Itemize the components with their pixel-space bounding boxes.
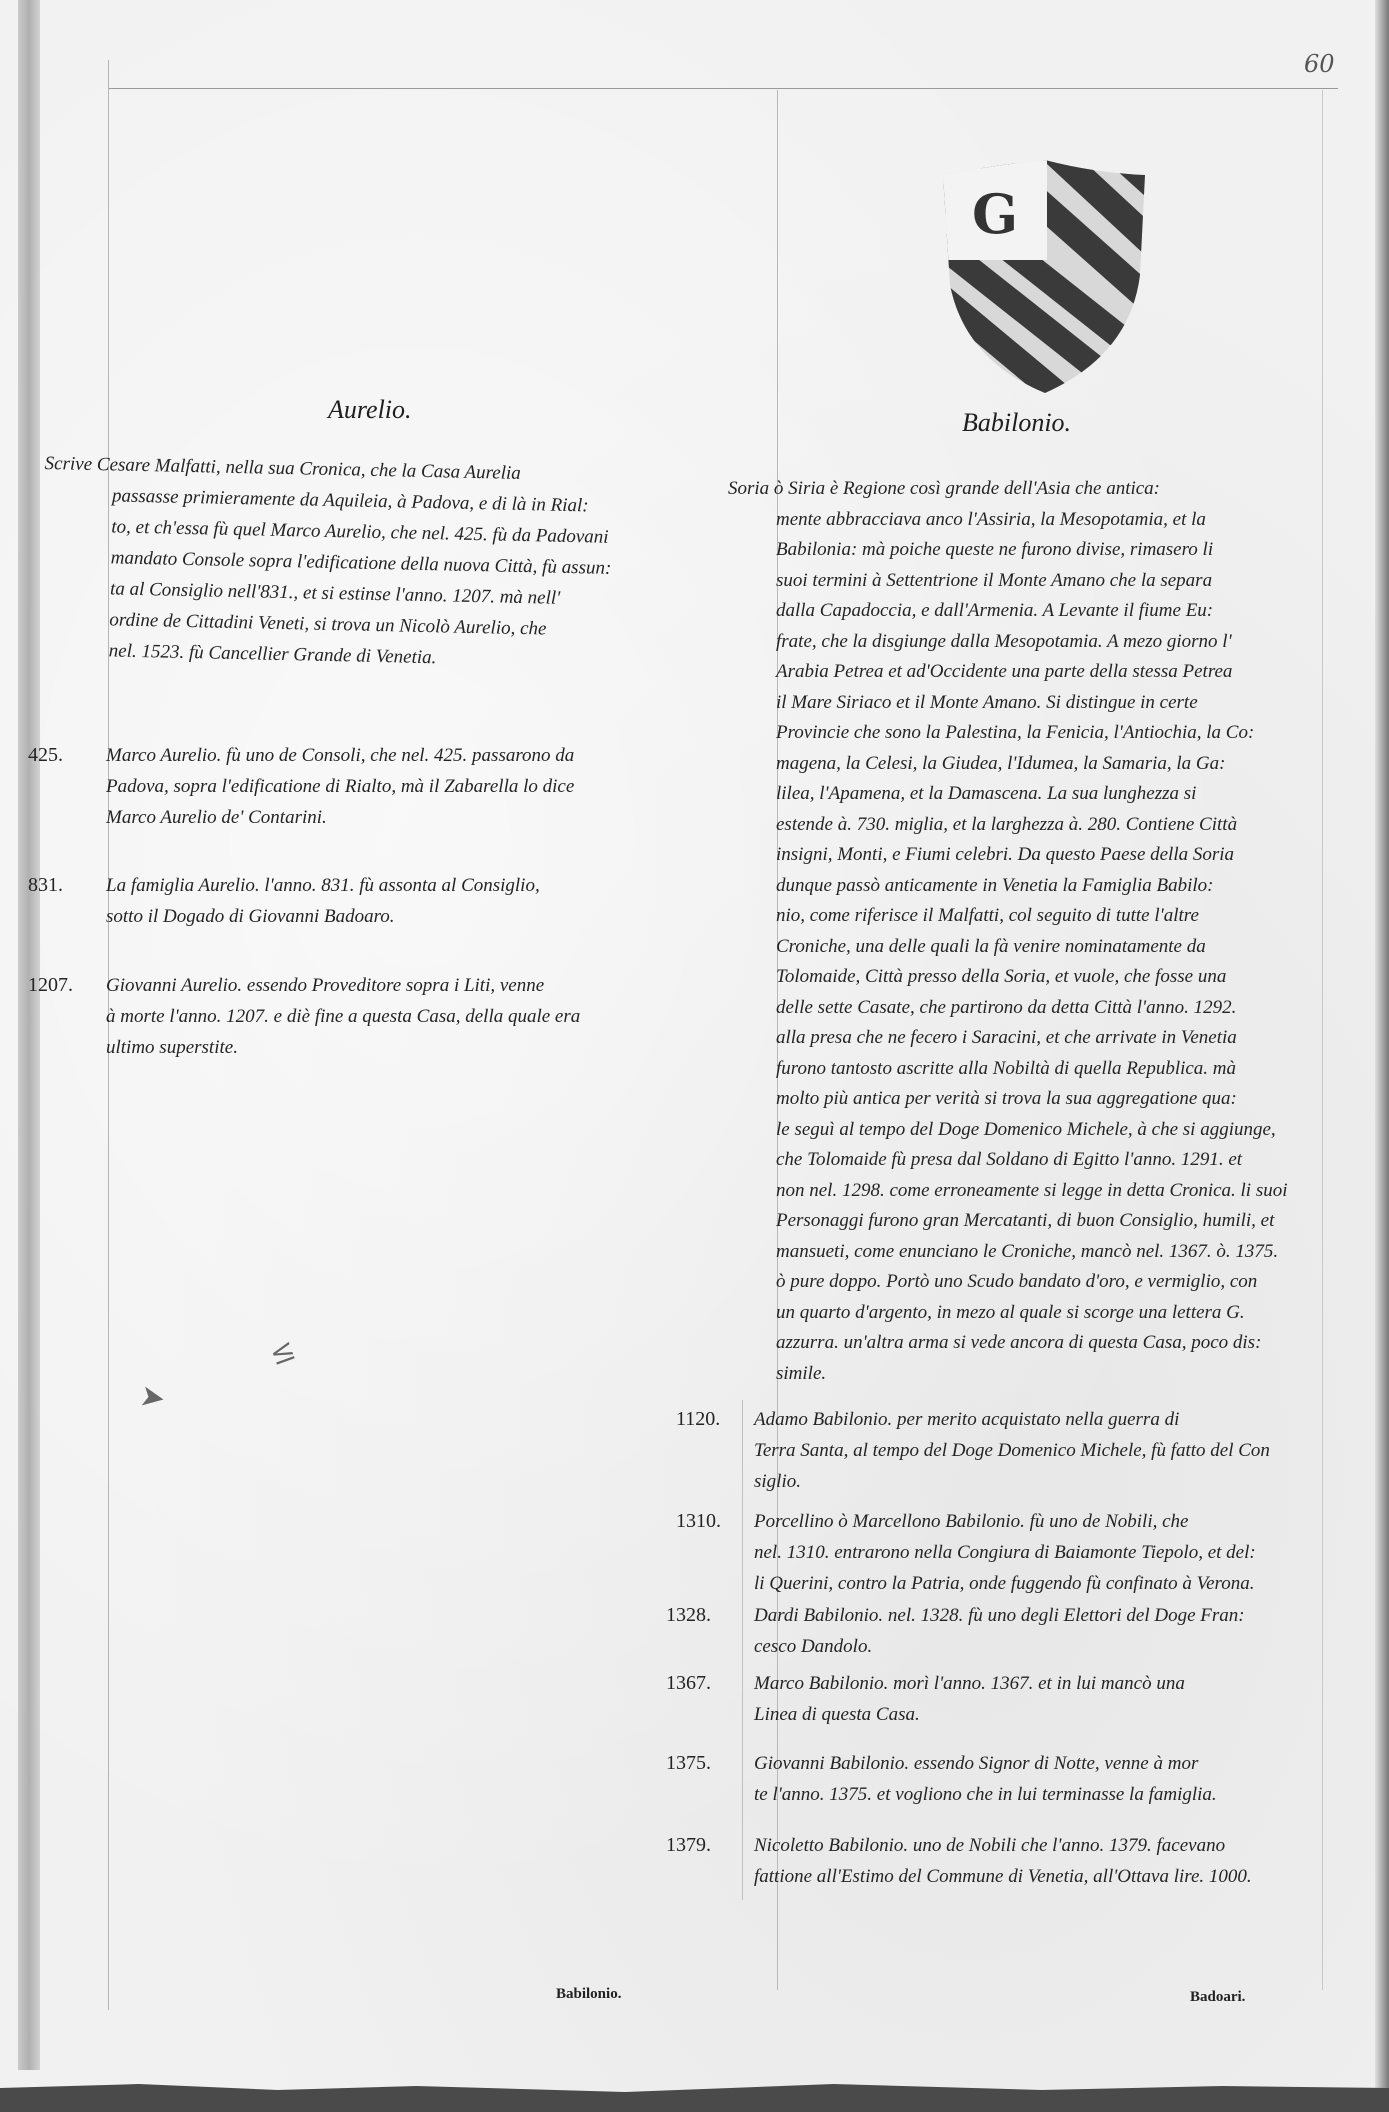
text-line: mansueti, come enunciano le Croniche, ma… bbox=[728, 1237, 1323, 1268]
text-line: Padova, sopra l'edificatione di Rialto, … bbox=[106, 771, 678, 802]
text-line: delle sette Casate, che partirono da det… bbox=[728, 993, 1323, 1024]
text-line: Marco Babilonio. morì l'anno. 1367. et i… bbox=[754, 1668, 1326, 1699]
heading-babilonio: Babilonio. bbox=[962, 408, 1071, 438]
svg-text:G: G bbox=[972, 182, 1018, 246]
entry-year: 1328. bbox=[666, 1600, 736, 1631]
text-line: à morte l'anno. 1207. e diè fine a quest… bbox=[106, 1001, 678, 1032]
text-line: simile. bbox=[728, 1359, 1323, 1390]
text-line: le seguì al tempo del Doge Domenico Mich… bbox=[728, 1115, 1323, 1146]
text-line: te l'anno. 1375. et vogliono che in lui … bbox=[754, 1779, 1326, 1810]
text-line: nel. 1310. entrarono nella Congiura di B… bbox=[754, 1537, 1326, 1568]
text-line: Terra Santa, al tempo del Doge Domenico … bbox=[754, 1435, 1326, 1466]
entry-year: 831. bbox=[28, 870, 98, 901]
text-line: cesco Dandolo. bbox=[754, 1631, 1326, 1662]
text-line: che Tolomaide fù presa dal Soldano di Eg… bbox=[728, 1145, 1323, 1176]
entry-year: 1367. bbox=[666, 1668, 736, 1699]
text-line: Dardi Babilonio. nel. 1328. fù uno degli… bbox=[754, 1600, 1326, 1631]
text-line: dalla Capadoccia, e dall'Armenia. A Leva… bbox=[728, 596, 1323, 627]
babilonio-entry-1328: 1328. Dardi Babilonio. nel. 1328. fù uno… bbox=[666, 1600, 1326, 1662]
text-line: sotto il Dogado di Giovanni Badoaro. bbox=[106, 901, 678, 932]
aurelio-intro-paragraph: Scrive Cesare Malfatti, nella sua Cronic… bbox=[40, 448, 684, 678]
text-line: non nel. 1298. come erroneamente si legg… bbox=[728, 1176, 1323, 1207]
entry-year: 1120. bbox=[676, 1404, 746, 1435]
text-line: insigni, Monti, e Fiumi celebri. Da ques… bbox=[728, 840, 1323, 871]
text-line: Linea di questa Casa. bbox=[754, 1699, 1326, 1730]
text-line: molto più antica per verità si trova la … bbox=[728, 1084, 1323, 1115]
text-line: Giovanni Aurelio. essendo Proveditore so… bbox=[106, 970, 678, 1001]
text-line: Nicoletto Babilonio. uno de Nobili che l… bbox=[754, 1830, 1326, 1861]
text-line: furono tantosto ascritte alla Nobiltà di… bbox=[728, 1054, 1323, 1085]
torn-bottom-edge bbox=[0, 2072, 1389, 2112]
text-line: un quarto d'argento, in mezo al quale si… bbox=[728, 1298, 1323, 1329]
babilonio-entry-1310: 1310. Porcellino ò Marcellono Babilonio.… bbox=[676, 1506, 1326, 1599]
entry-year: 1379. bbox=[666, 1830, 736, 1861]
text-line: azzurra. un'altra arma si vede ancora di… bbox=[728, 1328, 1323, 1359]
text-line: magena, la Celesi, la Giudea, l'Idumea, … bbox=[728, 749, 1323, 780]
heading-aurelio: Aurelio. bbox=[328, 395, 412, 425]
text-line: alla presa che ne fecero i Saracini, et … bbox=[728, 1023, 1323, 1054]
text-line: il Mare Siriaco et il Monte Amano. Si di… bbox=[728, 688, 1323, 719]
babilonio-entry-1375: 1375. Giovanni Babilonio. essendo Signor… bbox=[666, 1748, 1326, 1810]
text-line: Babilonia: mà poiche queste ne furono di… bbox=[728, 535, 1323, 566]
text-line: dunque passò anticamente in Venetia la F… bbox=[728, 871, 1323, 902]
text-line: li Querini, contro la Patria, onde fugge… bbox=[754, 1568, 1326, 1599]
text-line: nio, come riferisce il Malfatti, col seg… bbox=[728, 901, 1323, 932]
entry-year: 425. bbox=[28, 740, 98, 771]
text-line: lilea, l'Apamena, et la Damascena. La su… bbox=[728, 779, 1323, 810]
text-line: ultimo superstite. bbox=[106, 1032, 678, 1063]
text-line: Adamo Babilonio. per merito acquistato n… bbox=[754, 1404, 1326, 1435]
ink-arrow-mark: ➤ bbox=[137, 1378, 168, 1417]
aurelio-entry-425: 425. Marco Aurelio. fù uno de Consoli, c… bbox=[28, 740, 678, 833]
ruled-line-top bbox=[108, 88, 1338, 89]
text-line: Marco Aurelio. fù uno de Consoli, che ne… bbox=[106, 740, 678, 771]
ink-blot-mark: ≤ bbox=[265, 1332, 301, 1373]
text-line: Marco Aurelio de' Contarini. bbox=[106, 802, 678, 833]
catchword-left: Babilonio. bbox=[556, 1986, 621, 2003]
text-line: mente abbracciava anco l'Assiria, la Mes… bbox=[728, 505, 1323, 536]
babilonio-intro-paragraph: Soria ò Siria è Regione così grande dell… bbox=[728, 474, 1323, 1389]
babilonio-entry-1379: 1379. Nicoletto Babilonio. uno de Nobili… bbox=[666, 1830, 1326, 1892]
page-edge bbox=[1375, 0, 1389, 2112]
text-line: Croniche, una delle quali la fà venire n… bbox=[728, 932, 1323, 963]
entry-year: 1375. bbox=[666, 1748, 736, 1779]
text-line: Giovanni Babilonio. essendo Signor di No… bbox=[754, 1748, 1326, 1779]
text-line: fattione all'Estimo del Commune di Venet… bbox=[754, 1861, 1326, 1892]
text-line: Porcellino ò Marcellono Babilonio. fù un… bbox=[754, 1506, 1326, 1537]
coat-of-arms-icon: G bbox=[935, 155, 1150, 395]
aurelio-entry-1207: 1207. Giovanni Aurelio. essendo Provedit… bbox=[28, 970, 678, 1063]
text-line: ò pure doppo. Portò uno Scudo bandato d'… bbox=[728, 1267, 1323, 1298]
text-line: Tolomaide, Città presso della Soria, et … bbox=[728, 962, 1323, 993]
entry-year: 1310. bbox=[676, 1506, 746, 1537]
page-number: 60 bbox=[1304, 50, 1335, 78]
babilonio-entry-1367: 1367. Marco Babilonio. morì l'anno. 1367… bbox=[666, 1668, 1326, 1730]
entry-year: 1207. bbox=[28, 970, 98, 1001]
text-line: Provincie che sono la Palestina, la Feni… bbox=[728, 718, 1323, 749]
text-line: La famiglia Aurelio. l'anno. 831. fù ass… bbox=[106, 870, 678, 901]
catchword-right: Badoari. bbox=[1190, 1989, 1245, 2006]
text-line: siglio. bbox=[754, 1466, 1326, 1497]
manuscript-page: 60 Aurelio. Scrive Cesare Malfatti, nell… bbox=[0, 0, 1389, 2112]
text-line: frate, che la disgiunge dalla Mesopotami… bbox=[728, 627, 1323, 658]
text-line: Soria ò Siria è Regione così grande dell… bbox=[728, 474, 1323, 505]
text-line: Personaggi furono gran Mercatanti, di bu… bbox=[728, 1206, 1323, 1237]
aurelio-entry-831: 831. La famiglia Aurelio. l'anno. 831. f… bbox=[28, 870, 678, 932]
text-line: estende à. 730. miglia, et la larghezza … bbox=[728, 810, 1323, 841]
babilonio-entry-1120: 1120. Adamo Babilonio. per merito acquis… bbox=[676, 1404, 1326, 1497]
text-line: suoi termini à Settentrione il Monte Ama… bbox=[728, 566, 1323, 597]
text-line: Arabia Petrea et ad'Occidente una parte … bbox=[728, 657, 1323, 688]
